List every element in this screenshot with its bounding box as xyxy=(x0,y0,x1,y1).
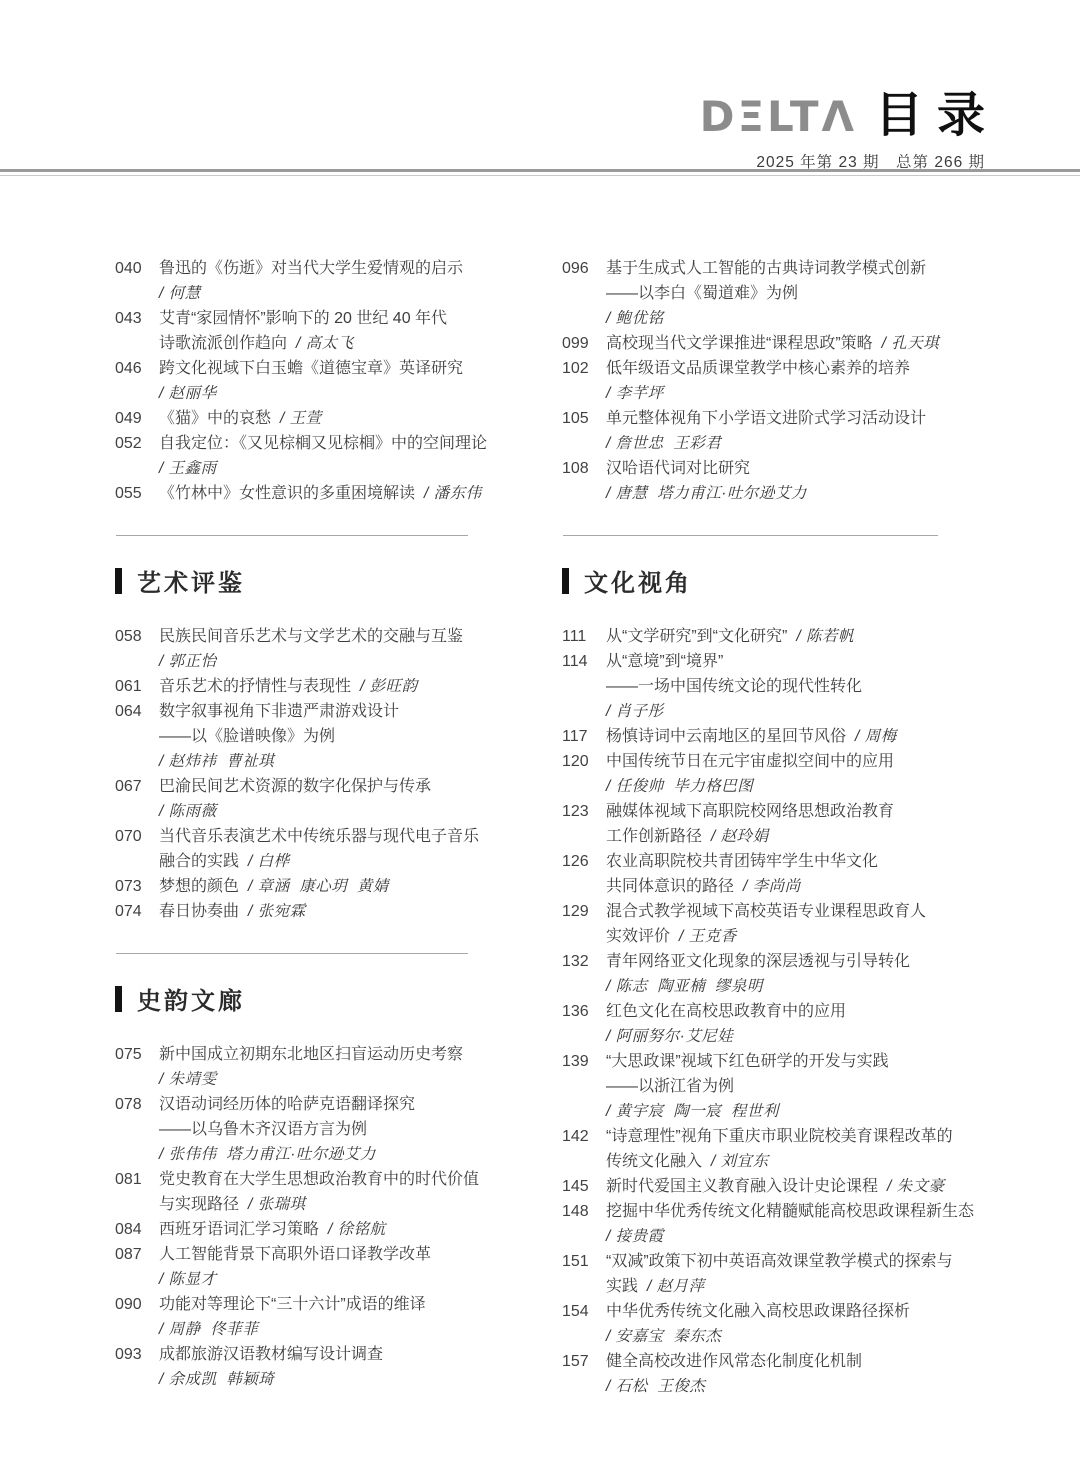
toc-entry: 120 中国传统节日在元宇宙虚拟空间中的应用 / 任俊帅 毕力格巴图 xyxy=(562,749,1017,799)
entry-line: 096 基于生成式人工智能的古典诗词教学模式创新 xyxy=(562,256,1017,281)
entry-title-text: 诗歌流派创作趋向 xyxy=(159,331,287,356)
entry-line: / 接贵霞 xyxy=(562,1224,1017,1249)
section-header: 史韵文廊 xyxy=(115,981,507,1016)
entry-line: 078 汉语动词经历体的哈萨克语翻译探究 xyxy=(115,1092,507,1117)
entry-authors: / 石松 王俊杰 xyxy=(606,1374,705,1399)
entry-title-text: 实践 xyxy=(606,1274,638,1299)
entry-authors: / 周梅 xyxy=(855,724,897,749)
entry-line: / 任俊帅 毕力格巴图 xyxy=(562,774,1017,799)
entry-authors: / 李尚尚 xyxy=(743,874,801,899)
toc-entry: 102 低年级语文品质课堂教学中核心素养的培养 / 李芊坪 xyxy=(562,356,1017,406)
entry-page-number: 154 xyxy=(562,1299,606,1324)
toc-entry: 096 基于生成式人工智能的古典诗词教学模式创新 ——以李白《蜀道难》为例 / … xyxy=(562,256,1017,331)
entry-line: 040 鲁迅的《伤逝》对当代大学生爱情观的启示 xyxy=(115,256,507,281)
toc-entry: 157 健全高校改进作风常态化制度化机制 / 石松 王俊杰 xyxy=(562,1349,1017,1399)
entry-page-number: 114 xyxy=(562,649,606,674)
toc-entry: 139 “大思政课”视域下红色研学的开发与实践 ——以浙江省为例 / 黄宇宸 陶… xyxy=(562,1049,1017,1124)
toc-entry: 111 从“文学研究”到“文化研究” / 陈若帆 xyxy=(562,624,1017,649)
entry-line: 传统文化融入 / 刘宜东 xyxy=(562,1149,1017,1174)
entry-line: 诗歌流派创作趋向 / 高太飞 xyxy=(115,331,507,356)
entry-page-number: 157 xyxy=(562,1349,606,1374)
entry-authors: / 王鑫雨 xyxy=(159,456,217,481)
toc-columns: 040 鲁迅的《伤逝》对当代大学生爱情观的启示 / 何慧 043 艾青“家园情怀… xyxy=(115,256,1017,1399)
entry-page-number: 148 xyxy=(562,1199,606,1224)
entry-title-text: ——一场中国传统文论的现代性转化 xyxy=(606,674,862,699)
entry-line: 064 数字叙事视角下非遗严肃游戏设计 xyxy=(115,699,507,724)
entry-title-text: 《猫》中的哀愁 xyxy=(159,406,271,431)
entry-page-number: 129 xyxy=(562,899,606,924)
entry-line: 105 单元整体视角下小学语文进阶式学习活动设计 xyxy=(562,406,1017,431)
toc-entry: 148 挖掘中华优秀传统文化精髓赋能高校思政课程新生态 / 接贵霞 xyxy=(562,1199,1017,1249)
entry-title-text: 低年级语文品质课堂教学中核心素养的培养 xyxy=(606,356,910,381)
entry-page-number: 043 xyxy=(115,306,159,331)
entry-title-text: 党史教育在大学生思想政治教育中的时代价值 xyxy=(159,1167,479,1192)
entry-page-number: 093 xyxy=(115,1342,159,1367)
toc-entry: 070 当代音乐表演艺术中传统乐器与现代电子音乐 融合的实践 / 白桦 xyxy=(115,824,507,874)
toc-entry: 093 成都旅游汉语教材编写设计调查 / 余成凯 韩颖琦 xyxy=(115,1342,507,1392)
entry-title-text: 中国传统节日在元宇宙虚拟空间中的应用 xyxy=(606,749,894,774)
toc-entry: 129 混合式教学视域下高校英语专业课程思政育人 实效评价 / 王克香 xyxy=(562,899,1017,949)
entry-line: ——一场中国传统文论的现代性转化 xyxy=(562,674,1017,699)
entry-page-number: 075 xyxy=(115,1042,159,1067)
entry-page-number: 142 xyxy=(562,1124,606,1149)
entry-authors: / 章涵 康心玥 黄婧 xyxy=(248,874,389,899)
entry-line: 108 汉哈语代词对比研究 xyxy=(562,456,1017,481)
entry-line: 117 杨慎诗词中云南地区的星回节风俗 / 周梅 xyxy=(562,724,1017,749)
entry-page-number: 108 xyxy=(562,456,606,481)
entry-title-text: 高校现当代文学课推进“课程思政”策略 xyxy=(606,331,873,356)
entry-page-number: 078 xyxy=(115,1092,159,1117)
entry-line: ——以乌鲁木齐汉语方言为例 xyxy=(115,1117,507,1142)
entry-authors: / 潘东伟 xyxy=(424,481,482,506)
entry-title-text: 新时代爱国主义教育融入设计史论课程 xyxy=(606,1174,878,1199)
entry-page-number: 064 xyxy=(115,699,159,724)
entry-line: 120 中国传统节日在元宇宙虚拟空间中的应用 xyxy=(562,749,1017,774)
entry-page-number: 052 xyxy=(115,431,159,456)
entry-line: 055 《竹林中》女性意识的多重困境解读 / 潘东伟 xyxy=(115,481,507,506)
header-divider xyxy=(0,169,1080,176)
entry-line: 145 新时代爱国主义教育融入设计史论课程 / 朱文豪 xyxy=(562,1174,1017,1199)
section-marker-icon xyxy=(115,986,122,1012)
entry-list: 058 民族民间音乐艺术与文学艺术的交融与互鉴 / 郭正怡 061 音乐艺术的抒… xyxy=(115,624,507,924)
entry-title-text: “大思政课”视域下红色研学的开发与实践 xyxy=(606,1049,889,1074)
entry-authors: / 赵玲娟 xyxy=(711,824,769,849)
entry-authors: / 鲍优铭 xyxy=(606,306,664,331)
entry-authors: / 郭正怡 xyxy=(159,649,217,674)
entry-line: 052 自我定位：《又见棕榈又见棕榈》中的空间理论 xyxy=(115,431,507,456)
toc-entry: 074 春日协奏曲 / 张宛霖 xyxy=(115,899,507,924)
entry-authors: / 彭旺韵 xyxy=(360,674,418,699)
section-label: 艺术评鉴 xyxy=(137,563,245,598)
toc-entry: 090 功能对等理论下“三十六计”成语的维译 / 周静 佟菲菲 xyxy=(115,1292,507,1342)
entry-title-text: 混合式教学视域下高校英语专业课程思政育人 xyxy=(606,899,926,924)
entry-line: 157 健全高校改进作风常态化制度化机制 xyxy=(562,1349,1017,1374)
entry-authors: / 陈志 陶亚楠 缪泉明 xyxy=(606,974,763,999)
toc-entry: 049 《猫》中的哀愁 / 王萱 xyxy=(115,406,507,431)
entry-title-text: 融媒体视域下高职院校网络思想政治教育 xyxy=(606,799,894,824)
entry-page-number: 049 xyxy=(115,406,159,431)
entry-authors: / 肖子彤 xyxy=(606,699,664,724)
entry-title-text: ——以李白《蜀道难》为例 xyxy=(606,281,798,306)
toc-entry: 142 “诗意理性”视角下重庆市职业院校美育课程改革的 传统文化融入 / 刘宜东 xyxy=(562,1124,1017,1174)
delta-logo: DΞLTΛ xyxy=(700,96,857,138)
entry-title-text: 共同体意识的路径 xyxy=(606,874,734,899)
entry-authors: / 孔天琪 xyxy=(882,331,940,356)
entry-authors: / 詹世忠 王彩君 xyxy=(606,431,721,456)
entry-title-text: 鲁迅的《伤逝》对当代大学生爱情观的启示 xyxy=(159,256,463,281)
section-header: 文化视角 xyxy=(562,563,1017,598)
entry-page-number: 111 xyxy=(562,624,606,649)
entry-line: 043 艾青“家园情怀”影响下的 20 世纪 40 年代 xyxy=(115,306,507,331)
entry-authors: / 黄宇宸 陶一宸 程世利 xyxy=(606,1099,779,1124)
entry-line: 061 音乐艺术的抒情性与表现性 / 彭旺韵 xyxy=(115,674,507,699)
entry-page-number: 136 xyxy=(562,999,606,1024)
entry-page-number: 087 xyxy=(115,1242,159,1267)
entry-line: / 阿丽努尔·艾尼娃 xyxy=(562,1024,1017,1049)
toc-entry: 145 新时代爱国主义教育融入设计史论课程 / 朱文豪 xyxy=(562,1174,1017,1199)
entry-line: 075 新中国成立初期东北地区扫盲运动历史考察 xyxy=(115,1042,507,1067)
entry-authors: / 徐铭航 xyxy=(328,1217,386,1242)
toc-entry: 078 汉语动词经历体的哈萨克语翻译探究 ——以乌鲁木齐汉语方言为例 / 张伟伟… xyxy=(115,1092,507,1167)
toc-page: DΞLTΛ 目录 2025 年第 23 期 总第 266 期 040 鲁迅的《伤… xyxy=(0,0,1080,1460)
entry-line: 073 梦想的颜色 / 章涵 康心玥 黄婧 xyxy=(115,874,507,899)
entry-authors: / 余成凯 韩颖琦 xyxy=(159,1367,274,1392)
toc-entry: 052 自我定位：《又见棕榈又见棕榈》中的空间理论 / 王鑫雨 xyxy=(115,431,507,481)
entry-line: / 鲍优铭 xyxy=(562,306,1017,331)
toc-entry: 081 党史教育在大学生思想政治教育中的时代价值 与实现路径 / 张瑞琪 xyxy=(115,1167,507,1217)
entry-page-number: 055 xyxy=(115,481,159,506)
entry-authors: / 接贵霞 xyxy=(606,1224,664,1249)
toc-column-left: 040 鲁迅的《伤逝》对当代大学生爱情观的启示 / 何慧 043 艾青“家园情怀… xyxy=(115,256,507,1392)
entry-line: 084 西班牙语词汇学习策略 / 徐铭航 xyxy=(115,1217,507,1242)
entry-authors: / 王萱 xyxy=(280,406,322,431)
entry-title-text: 汉哈语代词对比研究 xyxy=(606,456,750,481)
entry-line: 139 “大思政课”视域下红色研学的开发与实践 xyxy=(562,1049,1017,1074)
entry-line: 093 成都旅游汉语教材编写设计调查 xyxy=(115,1342,507,1367)
entry-title-text: 《竹林中》女性意识的多重困境解读 xyxy=(159,481,415,506)
entry-title-text: 成都旅游汉语教材编写设计调查 xyxy=(159,1342,383,1367)
entry-line: / 李芊坪 xyxy=(562,381,1017,406)
toc-entry: 058 民族民间音乐艺术与文学艺术的交融与互鉴 / 郭正怡 xyxy=(115,624,507,674)
entry-line: 151 “双减”政策下初中英语高效课堂教学模式的探索与 xyxy=(562,1249,1017,1274)
entry-authors: / 赵丽华 xyxy=(159,381,217,406)
entry-authors: / 张瑞琪 xyxy=(248,1192,306,1217)
entry-authors: / 周静 佟菲菲 xyxy=(159,1317,258,1342)
entry-title-text: 与实现路径 xyxy=(159,1192,239,1217)
entry-title-text: 健全高校改进作风常态化制度化机制 xyxy=(606,1349,862,1374)
entry-title-text: 红色文化在高校思政教育中的应用 xyxy=(606,999,846,1024)
entry-authors: / 朱文豪 xyxy=(887,1174,945,1199)
entry-title-text: 杨慎诗词中云南地区的星回节风俗 xyxy=(606,724,846,749)
section-label: 史韵文廊 xyxy=(137,981,245,1016)
entry-line: 081 党史教育在大学生思想政治教育中的时代价值 xyxy=(115,1167,507,1192)
entry-line: ——以浙江省为例 xyxy=(562,1074,1017,1099)
entry-title-text: 当代音乐表演艺术中传统乐器与现代电子音乐 xyxy=(159,824,479,849)
toc-entry: 132 青年网络亚文化现象的深层透视与引导转化 / 陈志 陶亚楠 缪泉明 xyxy=(562,949,1017,999)
entry-page-number: 145 xyxy=(562,1174,606,1199)
entry-line: ——以李白《蜀道难》为例 xyxy=(562,281,1017,306)
entry-page-number: 058 xyxy=(115,624,159,649)
entry-line: / 陈显才 xyxy=(115,1267,507,1292)
brand-row: DΞLTΛ 目录 xyxy=(700,92,985,140)
entry-line: 074 春日协奏曲 / 张宛霖 xyxy=(115,899,507,924)
entry-line: / 肖子彤 xyxy=(562,699,1017,724)
section-divider xyxy=(116,953,468,954)
entry-line: / 周静 佟菲菲 xyxy=(115,1317,507,1342)
toc-entry: 073 梦想的颜色 / 章涵 康心玥 黄婧 xyxy=(115,874,507,899)
toc-entry: 084 西班牙语词汇学习策略 / 徐铭航 xyxy=(115,1217,507,1242)
toc-group: 文化视角 111 从“文学研究”到“文化研究” / 陈若帆 114 从“意境”到… xyxy=(562,535,1017,1399)
entry-page-number: 132 xyxy=(562,949,606,974)
entry-line: 070 当代音乐表演艺术中传统乐器与现代电子音乐 xyxy=(115,824,507,849)
entry-line: 126 农业高职院校共青团铸牢学生中华文化 xyxy=(562,849,1017,874)
entry-line: 058 民族民间音乐艺术与文学艺术的交融与互鉴 xyxy=(115,624,507,649)
entry-line: ——以《脸谱映像》为例 xyxy=(115,724,507,749)
entry-line: 132 青年网络亚文化现象的深层透视与引导转化 xyxy=(562,949,1017,974)
entry-page-number: 070 xyxy=(115,824,159,849)
toc-entry: 055 《竹林中》女性意识的多重困境解读 / 潘东伟 xyxy=(115,481,507,506)
entry-authors: / 任俊帅 毕力格巴图 xyxy=(606,774,753,799)
entry-authors: / 赵月萍 xyxy=(647,1274,705,1299)
entry-line: 087 人工智能背景下高职外语口译教学改革 xyxy=(115,1242,507,1267)
entry-page-number: 102 xyxy=(562,356,606,381)
entry-line: / 陈志 陶亚楠 缪泉明 xyxy=(562,974,1017,999)
entry-line: 046 跨文化视域下白玉蟾《道德宝章》英译研究 xyxy=(115,356,507,381)
entry-page-number: 061 xyxy=(115,674,159,699)
header-divider-thin-line xyxy=(0,175,1080,176)
entry-authors: / 阿丽努尔·艾尼娃 xyxy=(606,1024,733,1049)
toc-group: 艺术评鉴 058 民族民间音乐艺术与文学艺术的交融与互鉴 / 郭正怡 061 音… xyxy=(115,535,507,924)
entry-title-text: “双减”政策下初中英语高效课堂教学模式的探索与 xyxy=(606,1249,953,1274)
toc-entry: 099 高校现当代文学课推进“课程思政”策略 / 孔天琪 xyxy=(562,331,1017,356)
entry-title-text: ——以乌鲁木齐汉语方言为例 xyxy=(159,1117,367,1142)
entry-page-number: 120 xyxy=(562,749,606,774)
entry-line: / 赵炜祎 曹祉琪 xyxy=(115,749,507,774)
entry-title-text: 梦想的颜色 xyxy=(159,874,239,899)
entry-line: 123 融媒体视域下高职院校网络思想政治教育 xyxy=(562,799,1017,824)
entry-line: / 何慧 xyxy=(115,281,507,306)
entry-line: 工作创新路径 / 赵玲娟 xyxy=(562,824,1017,849)
entry-authors: / 陈显才 xyxy=(159,1267,217,1292)
entry-line: / 詹世忠 王彩君 xyxy=(562,431,1017,456)
entry-page-number: 096 xyxy=(562,256,606,281)
entry-title-text: 巴渝民间艺术资源的数字化保护与传承 xyxy=(159,774,431,799)
entry-list: 040 鲁迅的《伤逝》对当代大学生爱情观的启示 / 何慧 043 艾青“家园情怀… xyxy=(115,256,507,506)
toc-entry: 126 农业高职院校共青团铸牢学生中华文化 共同体意识的路径 / 李尚尚 xyxy=(562,849,1017,899)
entry-authors: / 张宛霖 xyxy=(248,899,306,924)
entry-line: 142 “诗意理性”视角下重庆市职业院校美育课程改革的 xyxy=(562,1124,1017,1149)
entry-line: / 张伟伟 塔力甫江·吐尔逊艾力 xyxy=(115,1142,507,1167)
toc-entry: 117 杨慎诗词中云南地区的星回节风俗 / 周梅 xyxy=(562,724,1017,749)
entry-title-text: 单元整体视角下小学语文进阶式学习活动设计 xyxy=(606,406,926,431)
entry-title-text: 从“文学研究”到“文化研究” xyxy=(606,624,787,649)
entry-line: / 郭正怡 xyxy=(115,649,507,674)
entry-page-number: 126 xyxy=(562,849,606,874)
entry-title-text: 跨文化视域下白玉蟾《道德宝章》英译研究 xyxy=(159,356,463,381)
entry-authors: / 赵炜祎 曹祉琪 xyxy=(159,749,274,774)
entry-line: 090 功能对等理论下“三十六计”成语的维译 xyxy=(115,1292,507,1317)
entry-line: 136 红色文化在高校思政教育中的应用 xyxy=(562,999,1017,1024)
toc-column-right: 096 基于生成式人工智能的古典诗词教学模式创新 ——以李白《蜀道难》为例 / … xyxy=(562,256,1017,1399)
section-label: 文化视角 xyxy=(584,563,692,598)
entry-page-number: 074 xyxy=(115,899,159,924)
entry-title-text: “诗意理性”视角下重庆市职业院校美育课程改革的 xyxy=(606,1124,953,1149)
toc-entry: 154 中华优秀传统文化融入高校思政课路径探析 / 安嘉宝 秦东杰 xyxy=(562,1299,1017,1349)
entry-title-text: 实效评价 xyxy=(606,924,670,949)
entry-title-text: 艾青“家园情怀”影响下的 20 世纪 40 年代 xyxy=(159,306,447,331)
entry-line: 129 混合式教学视域下高校英语专业课程思政育人 xyxy=(562,899,1017,924)
toc-entry: 075 新中国成立初期东北地区扫盲运动历史考察 / 朱靖雯 xyxy=(115,1042,507,1092)
entry-page-number: 123 xyxy=(562,799,606,824)
section-marker-icon xyxy=(115,568,122,594)
entry-title-text: 西班牙语词汇学习策略 xyxy=(159,1217,319,1242)
toc-entry: 136 红色文化在高校思政教育中的应用 / 阿丽努尔·艾尼娃 xyxy=(562,999,1017,1049)
toc-entry: 114 从“意境”到“境界” ——一场中国传统文论的现代性转化 / 肖子彤 xyxy=(562,649,1017,724)
entry-line: 148 挖掘中华优秀传统文化精髓赋能高校思政课程新生态 xyxy=(562,1199,1017,1224)
entry-title-text: ——以浙江省为例 xyxy=(606,1074,734,1099)
toc-entry: 064 数字叙事视角下非遗严肃游戏设计 ——以《脸谱映像》为例 / 赵炜祎 曹祉… xyxy=(115,699,507,774)
entry-page-number: 040 xyxy=(115,256,159,281)
entry-line: 实效评价 / 王克香 xyxy=(562,924,1017,949)
entry-line: / 唐慧 塔力甫江·吐尔逊艾力 xyxy=(562,481,1017,506)
entry-authors: / 王克香 xyxy=(679,924,737,949)
entry-title-text: 自我定位：《又见棕榈又见棕榈》中的空间理论 xyxy=(159,431,487,456)
entry-line: 共同体意识的路径 / 李尚尚 xyxy=(562,874,1017,899)
entry-title-text: 挖掘中华优秀传统文化精髓赋能高校思政课程新生态 xyxy=(606,1199,974,1224)
toc-group: 040 鲁迅的《伤逝》对当代大学生爱情观的启示 / 何慧 043 艾青“家园情怀… xyxy=(115,256,507,506)
page-header: DΞLTΛ 目录 2025 年第 23 期 总第 266 期 xyxy=(700,92,985,172)
section-divider xyxy=(116,535,468,536)
entry-page-number: 117 xyxy=(562,724,606,749)
toc-entry: 105 单元整体视角下小学语文进阶式学习活动设计 / 詹世忠 王彩君 xyxy=(562,406,1017,456)
entry-authors: / 安嘉宝 秦东杰 xyxy=(606,1324,721,1349)
entry-page-number: 105 xyxy=(562,406,606,431)
entry-title-text: 民族民间音乐艺术与文学艺术的交融与互鉴 xyxy=(159,624,463,649)
entry-authors: / 高太飞 xyxy=(296,331,354,356)
toc-entry: 067 巴渝民间艺术资源的数字化保护与传承 / 陈雨薇 xyxy=(115,774,507,824)
entry-title-text: 新中国成立初期东北地区扫盲运动历史考察 xyxy=(159,1042,463,1067)
entry-list: 096 基于生成式人工智能的古典诗词教学模式创新 ——以李白《蜀道难》为例 / … xyxy=(562,256,1017,506)
toc-entry: 108 汉哈语代词对比研究 / 唐慧 塔力甫江·吐尔逊艾力 xyxy=(562,456,1017,506)
entry-list: 111 从“文学研究”到“文化研究” / 陈若帆 114 从“意境”到“境界” … xyxy=(562,624,1017,1399)
entry-page-number: 081 xyxy=(115,1167,159,1192)
entry-line: 049 《猫》中的哀愁 / 王萱 xyxy=(115,406,507,431)
entry-title-text: 功能对等理论下“三十六计”成语的维译 xyxy=(159,1292,426,1317)
entry-line: 与实现路径 / 张瑞琪 xyxy=(115,1192,507,1217)
entry-title-text: 数字叙事视角下非遗严肃游戏设计 xyxy=(159,699,399,724)
entry-page-number: 067 xyxy=(115,774,159,799)
toc-entry: 123 融媒体视域下高职院校网络思想政治教育 工作创新路径 / 赵玲娟 xyxy=(562,799,1017,849)
entry-title-text: ——以《脸谱映像》为例 xyxy=(159,724,335,749)
entry-authors: / 刘宜东 xyxy=(711,1149,769,1174)
entry-authors: / 张伟伟 塔力甫江·吐尔逊艾力 xyxy=(159,1142,376,1167)
entry-page-number: 046 xyxy=(115,356,159,381)
entry-line: / 赵丽华 xyxy=(115,381,507,406)
entry-authors: / 朱靖雯 xyxy=(159,1067,217,1092)
entry-line: 实践 / 赵月萍 xyxy=(562,1274,1017,1299)
entry-title-text: 音乐艺术的抒情性与表现性 xyxy=(159,674,351,699)
entry-title-text: 春日协奏曲 xyxy=(159,899,239,924)
entry-line: 099 高校现当代文学课推进“课程思政”策略 / 孔天琪 xyxy=(562,331,1017,356)
entry-line: 102 低年级语文品质课堂教学中核心素养的培养 xyxy=(562,356,1017,381)
entry-authors: / 李芊坪 xyxy=(606,381,664,406)
entry-title-text: 工作创新路径 xyxy=(606,824,702,849)
entry-line: / 安嘉宝 秦东杰 xyxy=(562,1324,1017,1349)
section-marker-icon xyxy=(562,568,569,594)
entry-list: 075 新中国成立初期东北地区扫盲运动历史考察 / 朱靖雯 078 汉语动词经历… xyxy=(115,1042,507,1392)
entry-title-text: 汉语动词经历体的哈萨克语翻译探究 xyxy=(159,1092,415,1117)
entry-line: / 余成凯 韩颖琦 xyxy=(115,1367,507,1392)
entry-title-text: 中华优秀传统文化融入高校思政课路径探析 xyxy=(606,1299,910,1324)
entry-line: / 朱靖雯 xyxy=(115,1067,507,1092)
entry-line: 融合的实践 / 白桦 xyxy=(115,849,507,874)
entry-line: 154 中华优秀传统文化融入高校思政课路径探析 xyxy=(562,1299,1017,1324)
entry-title-text: 青年网络亚文化现象的深层透视与引导转化 xyxy=(606,949,910,974)
entry-line: / 黄宇宸 陶一宸 程世利 xyxy=(562,1099,1017,1124)
entry-title-text: 从“意境”到“境界” xyxy=(606,649,723,674)
entry-line: 111 从“文学研究”到“文化研究” / 陈若帆 xyxy=(562,624,1017,649)
toc-entry: 046 跨文化视域下白玉蟾《道德宝章》英译研究 / 赵丽华 xyxy=(115,356,507,406)
entry-page-number: 099 xyxy=(562,331,606,356)
entry-title-text: 人工智能背景下高职外语口译教学改革 xyxy=(159,1242,431,1267)
entry-title-text: 传统文化融入 xyxy=(606,1149,702,1174)
entry-authors: / 何慧 xyxy=(159,281,201,306)
entry-title-text: 融合的实践 xyxy=(159,849,239,874)
entry-page-number: 084 xyxy=(115,1217,159,1242)
entry-line: 114 从“意境”到“境界” xyxy=(562,649,1017,674)
toc-group: 096 基于生成式人工智能的古典诗词教学模式创新 ——以李白《蜀道难》为例 / … xyxy=(562,256,1017,506)
toc-entry: 040 鲁迅的《伤逝》对当代大学生爱情观的启示 / 何慧 xyxy=(115,256,507,306)
entry-authors: / 白桦 xyxy=(248,849,290,874)
entry-authors: / 陈若帆 xyxy=(796,624,854,649)
entry-line: / 王鑫雨 xyxy=(115,456,507,481)
entry-page-number: 151 xyxy=(562,1249,606,1274)
entry-page-number: 139 xyxy=(562,1049,606,1074)
entry-authors: / 唐慧 塔力甫江·吐尔逊艾力 xyxy=(606,481,807,506)
entry-title-text: 农业高职院校共青团铸牢学生中华文化 xyxy=(606,849,878,874)
entry-line: 067 巴渝民间艺术资源的数字化保护与传承 xyxy=(115,774,507,799)
header-divider-thick-line xyxy=(0,169,1080,172)
entry-page-number: 090 xyxy=(115,1292,159,1317)
entry-line: / 陈雨薇 xyxy=(115,799,507,824)
toc-entry: 151 “双减”政策下初中英语高效课堂教学模式的探索与 实践 / 赵月萍 xyxy=(562,1249,1017,1299)
section-header: 艺术评鉴 xyxy=(115,563,507,598)
entry-line: / 石松 王俊杰 xyxy=(562,1374,1017,1399)
toc-entry: 061 音乐艺术的抒情性与表现性 / 彭旺韵 xyxy=(115,674,507,699)
entry-authors: / 陈雨薇 xyxy=(159,799,217,824)
toc-group: 史韵文廊 075 新中国成立初期东北地区扫盲运动历史考察 / 朱靖雯 078 汉… xyxy=(115,953,507,1392)
entry-page-number: 073 xyxy=(115,874,159,899)
page-title: 目录 xyxy=(875,92,999,140)
toc-entry: 087 人工智能背景下高职外语口译教学改革 / 陈显才 xyxy=(115,1242,507,1292)
entry-title-text: 基于生成式人工智能的古典诗词教学模式创新 xyxy=(606,256,926,281)
toc-entry: 043 艾青“家园情怀”影响下的 20 世纪 40 年代 诗歌流派创作趋向 / … xyxy=(115,306,507,356)
section-divider xyxy=(563,535,938,536)
